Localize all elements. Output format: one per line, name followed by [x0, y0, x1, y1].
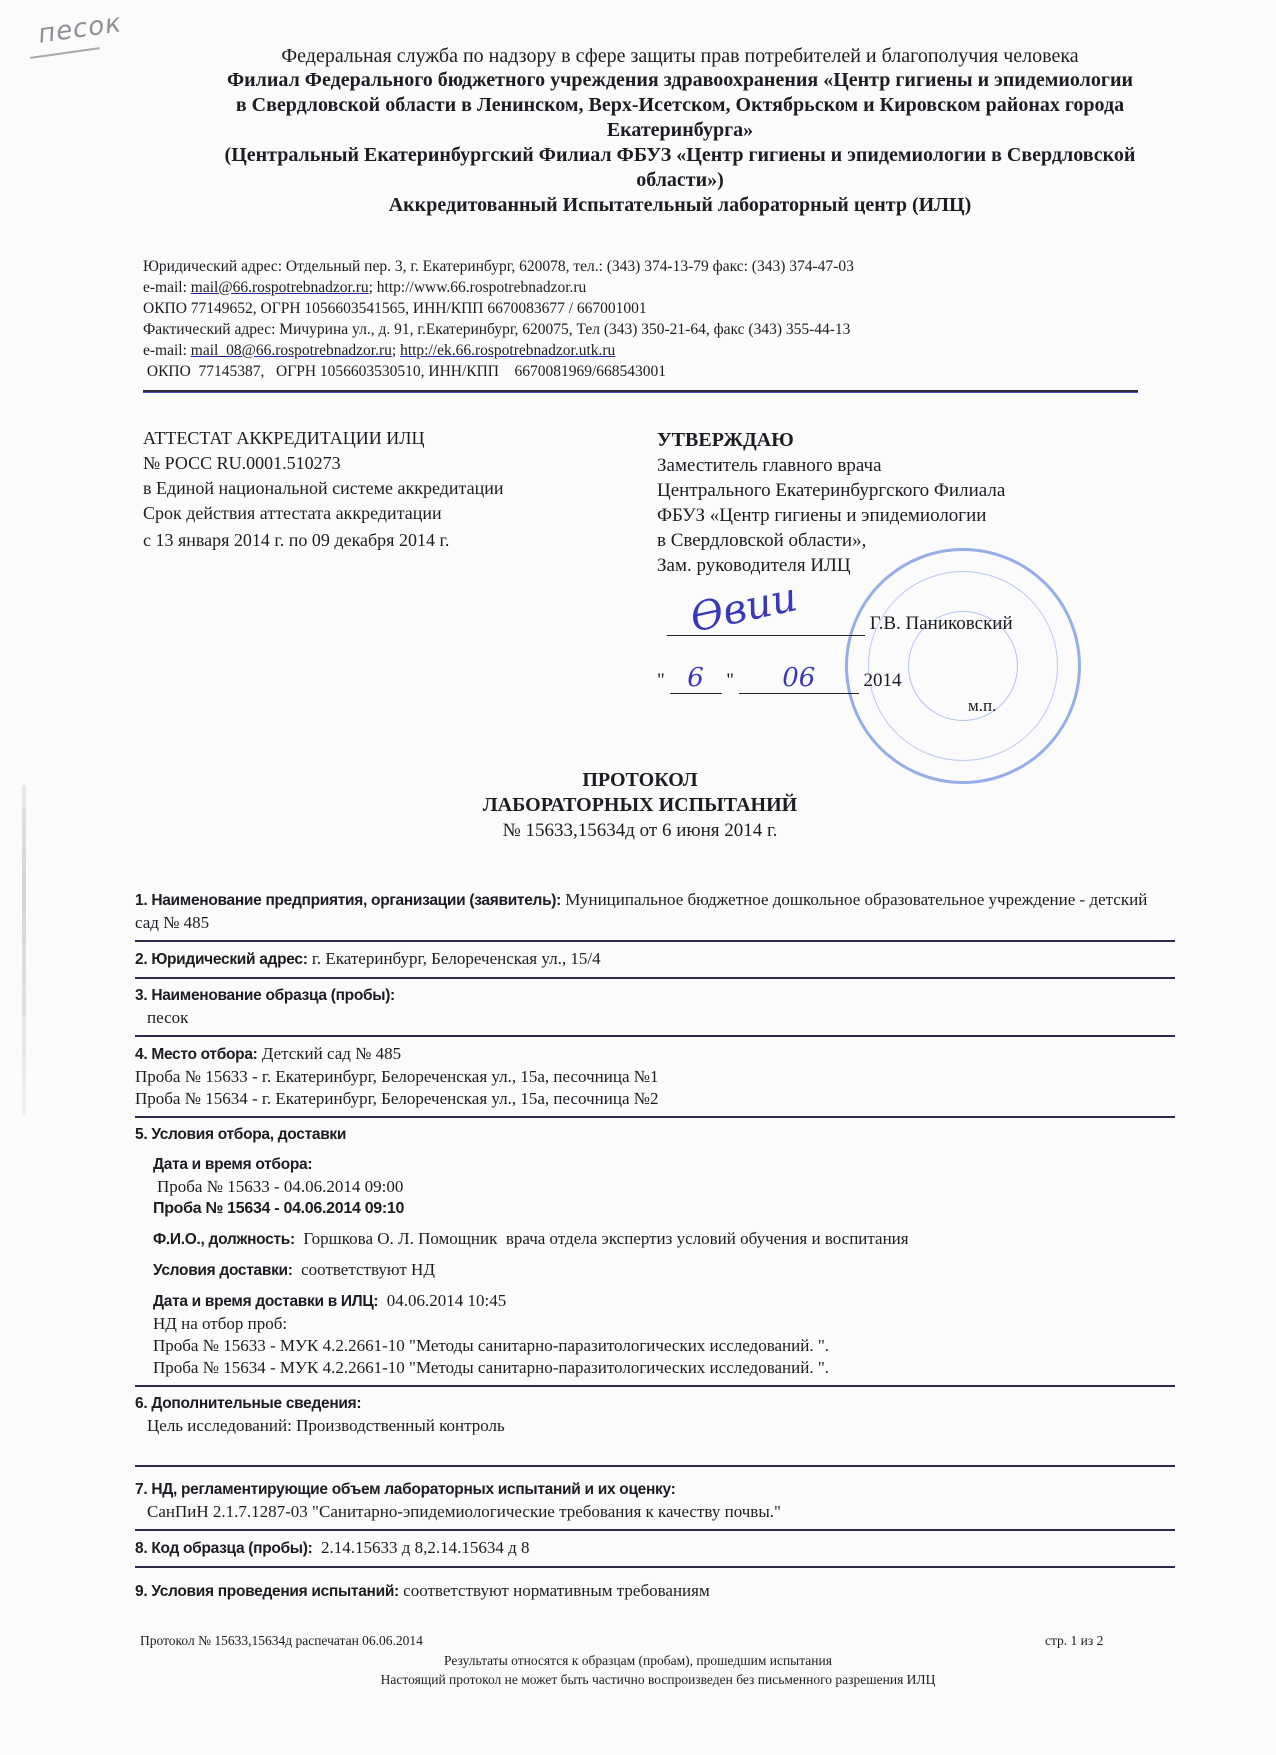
- actual-address: Фактический адрес: Мичурина ул., д. 91, …: [143, 319, 1143, 340]
- section-7-label: 7. НД, регламентирующие объем лабораторн…: [135, 1479, 1175, 1501]
- signature-line: [667, 613, 865, 636]
- approval-title: УТВЕРЖДАЮ: [657, 428, 1157, 453]
- section-regulatory-docs: 7. НД, регламентирующие объем лабораторн…: [135, 1467, 1175, 1531]
- scan-artifact: [22, 785, 26, 1115]
- registration-codes-2: ОКПО 77145387, ОГРН 1056603530510, ИНН/К…: [143, 361, 1143, 382]
- sampling-nd-1: Проба № 15633 - МУК 4.2.2661-10 "Методы …: [135, 1335, 1175, 1357]
- sampling-place-2: Проба № 15634 - г. Екатеринбург, Белореч…: [135, 1088, 1175, 1110]
- approval-date-row: " 6 " 06 2014: [657, 663, 902, 694]
- legal-address: Юридический адрес: Отдельный пер. 3, г. …: [143, 256, 1143, 277]
- sampler-label: Ф.И.О., должность:: [153, 1231, 295, 1248]
- approval-position-2: Центрального Екатеринбургского Филиала: [657, 478, 1157, 503]
- section-8-value: 2.14.15633 д 8,2.14.15634 д 8: [312, 1538, 529, 1557]
- delivery-conditions-label: Условия доставки:: [153, 1262, 293, 1279]
- registration-codes-1: ОКПО 77149652, ОГРН 1056603541565, ИНН/К…: [143, 298, 1143, 319]
- section-6-label: 6. Дополнительные сведения:: [135, 1393, 1175, 1415]
- section-1-label: 1. Наименование предприятия, организации…: [135, 892, 561, 909]
- protocol-title: ПРОТОКОЛ: [340, 768, 940, 793]
- approval-month: 06: [739, 663, 859, 694]
- seal-place-label: м.п.: [968, 696, 996, 716]
- sampler-value: Горшкова О. Л. Помощник врача отдела экс…: [295, 1229, 909, 1248]
- contacts-block: Юридический адрес: Отдельный пер. 3, г. …: [143, 256, 1143, 382]
- sampling-place-1: Проба № 15633 - г. Екатеринбург, Белореч…: [135, 1066, 1175, 1088]
- website-link-2[interactable]: http://ek.66.rospotrebnadzor.utk.ru: [400, 342, 615, 359]
- section-sampling-place: 4. Место отбора: Детский сад № 485 Проба…: [135, 1037, 1175, 1118]
- delivery-datetime-value: 04.06.2014 10:45: [378, 1291, 506, 1310]
- section-2-label: 2. Юридический адрес:: [135, 951, 308, 968]
- header-lab-center: Аккредитованный Испытательный лабораторн…: [140, 193, 1220, 218]
- footer-reproduction-note: Настоящий протокол не может быть частичн…: [0, 1672, 1276, 1688]
- header-branch-line3: Екатеринбурга»: [140, 118, 1220, 143]
- approval-position-1: Заместитель главного врача: [657, 453, 1157, 478]
- section-3-value: песок: [135, 1007, 1175, 1029]
- footer-results-note: Результаты относятся к образцам (пробам)…: [0, 1653, 1276, 1669]
- section-4-label: 4. Место отбора:: [135, 1046, 258, 1063]
- accreditation-validity-label: Срок действия аттестата аккредитации: [143, 501, 623, 526]
- approval-position-4: в Свердловской области»,: [657, 528, 1157, 553]
- section-7-value: СанПиН 2.1.7.1287-03 "Санитарно-эпидемио…: [135, 1501, 1175, 1523]
- signatory-name: Г.В. Паниковский: [870, 613, 1013, 634]
- section-legal-address: 2. Юридический адрес: г. Екатеринбург, Б…: [135, 942, 1175, 979]
- footer-page-number: стр. 1 из 2: [1045, 1633, 1103, 1649]
- accreditation-system: в Единой национальной системе аккредитац…: [143, 476, 623, 501]
- protocol-subtitle: ЛАБОРАТОРНЫХ ИСПЫТАНИЙ: [340, 793, 940, 818]
- delivery-datetime-label: Дата и время доставки в ИЛЦ:: [153, 1293, 378, 1310]
- document-header: Федеральная служба по надзору в сфере за…: [140, 44, 1220, 218]
- protocol-sections: 1. Наименование предприятия, организации…: [135, 883, 1175, 1609]
- section-applicant: 1. Наименование предприятия, организации…: [135, 883, 1175, 942]
- email-row-1: e-mail: mail@66.rospotrebnadzor.ru; http…: [143, 277, 1143, 298]
- section-6-value: Цель исследований: Производственный конт…: [135, 1415, 1175, 1437]
- email-link-1[interactable]: mail@66.rospotrebnadzor.ru: [191, 279, 369, 296]
- email-row-2: e-mail: mail_08@66.rospotrebnadzor.ru; h…: [143, 340, 1143, 361]
- delivery-conditions-value: соответствуют НД: [293, 1260, 435, 1279]
- sampling-datetime-2: Проба № 15634 - 04.06.2014 09:10: [135, 1198, 1175, 1220]
- header-branch-line1: Филиал Федерального бюджетного учреждени…: [140, 68, 1220, 93]
- section-3-label: 3. Наименование образца (пробы):: [135, 985, 1175, 1007]
- approval-block: УТВЕРЖДАЮ Заместитель главного врача Цен…: [657, 428, 1157, 578]
- section-9-value: соответствуют нормативным требованиям: [399, 1581, 710, 1600]
- accreditation-number: № РОСС RU.0001.510273: [143, 451, 623, 476]
- email-link-2[interactable]: mail_08@66.rospotrebnadzor.ru: [191, 342, 392, 359]
- approval-year: 2014: [864, 670, 902, 691]
- header-branch-short-line2: области»): [140, 168, 1220, 193]
- protocol-title-block: ПРОТОКОЛ ЛАБОРАТОРНЫХ ИСПЫТАНИЙ № 15633,…: [340, 768, 940, 843]
- section-4-value: Детский сад № 485: [258, 1044, 402, 1063]
- accreditation-block: АТТЕСТАТ АККРЕДИТАЦИИ ИЛЦ № РОСС RU.0001…: [143, 426, 623, 553]
- accreditation-title: АТТЕСТАТ АККРЕДИТАЦИИ ИЛЦ: [143, 426, 623, 451]
- section-2-value: г. Екатеринбург, Белореченская ул., 15/4: [308, 949, 601, 968]
- footer-printed-info: Протокол № 15633,15634д распечатан 06.06…: [140, 1633, 423, 1649]
- accreditation-validity-period: с 13 января 2014 г. по 09 декабря 2014 г…: [143, 528, 623, 553]
- approval-position-3: ФБУЗ «Центр гигиены и эпидемиологии: [657, 503, 1157, 528]
- sampling-datetime-1: Проба № 15633 - 04.06.2014 09:00: [135, 1176, 1175, 1198]
- section-test-conditions: 9. Условия проведения испытаний: соответ…: [135, 1568, 1175, 1609]
- header-agency: Федеральная служба по надзору в сфере за…: [140, 44, 1220, 68]
- section-8-label: 8. Код образца (пробы):: [135, 1540, 312, 1557]
- header-divider: [143, 390, 1138, 393]
- protocol-number: № 15633,15634д от 6 июня 2014 г.: [340, 818, 940, 843]
- section-sampling-conditions: 5. Условия отбора, доставки Дата и время…: [135, 1118, 1175, 1387]
- section-5-label: 5. Условия отбора, доставки: [135, 1124, 1175, 1146]
- section-additional-info: 6. Дополнительные сведения: Цель исследо…: [135, 1387, 1175, 1467]
- section-9-label: 9. Условия проведения испытаний:: [135, 1583, 399, 1600]
- handwritten-note: песок: [36, 8, 123, 49]
- approval-day: 6: [670, 663, 722, 694]
- sampling-datetime-label: Дата и время отбора:: [135, 1154, 1175, 1176]
- header-branch-line2: в Свердловской области в Ленинском, Верх…: [140, 93, 1220, 118]
- sampling-nd-label: НД на отбор проб:: [135, 1313, 1175, 1335]
- signature-row: Г.В. Паниковский: [667, 613, 1013, 636]
- website-1: ; http://www.66.rospotrebnadzor.ru: [369, 279, 587, 296]
- section-sample-name: 3. Наименование образца (пробы): песок: [135, 979, 1175, 1037]
- header-branch-short-line1: (Центральный Екатеринбургский Филиал ФБУ…: [140, 143, 1220, 168]
- sampling-nd-2: Проба № 15634 - МУК 4.2.2661-10 "Методы …: [135, 1357, 1175, 1379]
- section-sample-code: 8. Код образца (пробы): 2.14.15633 д 8,2…: [135, 1531, 1175, 1568]
